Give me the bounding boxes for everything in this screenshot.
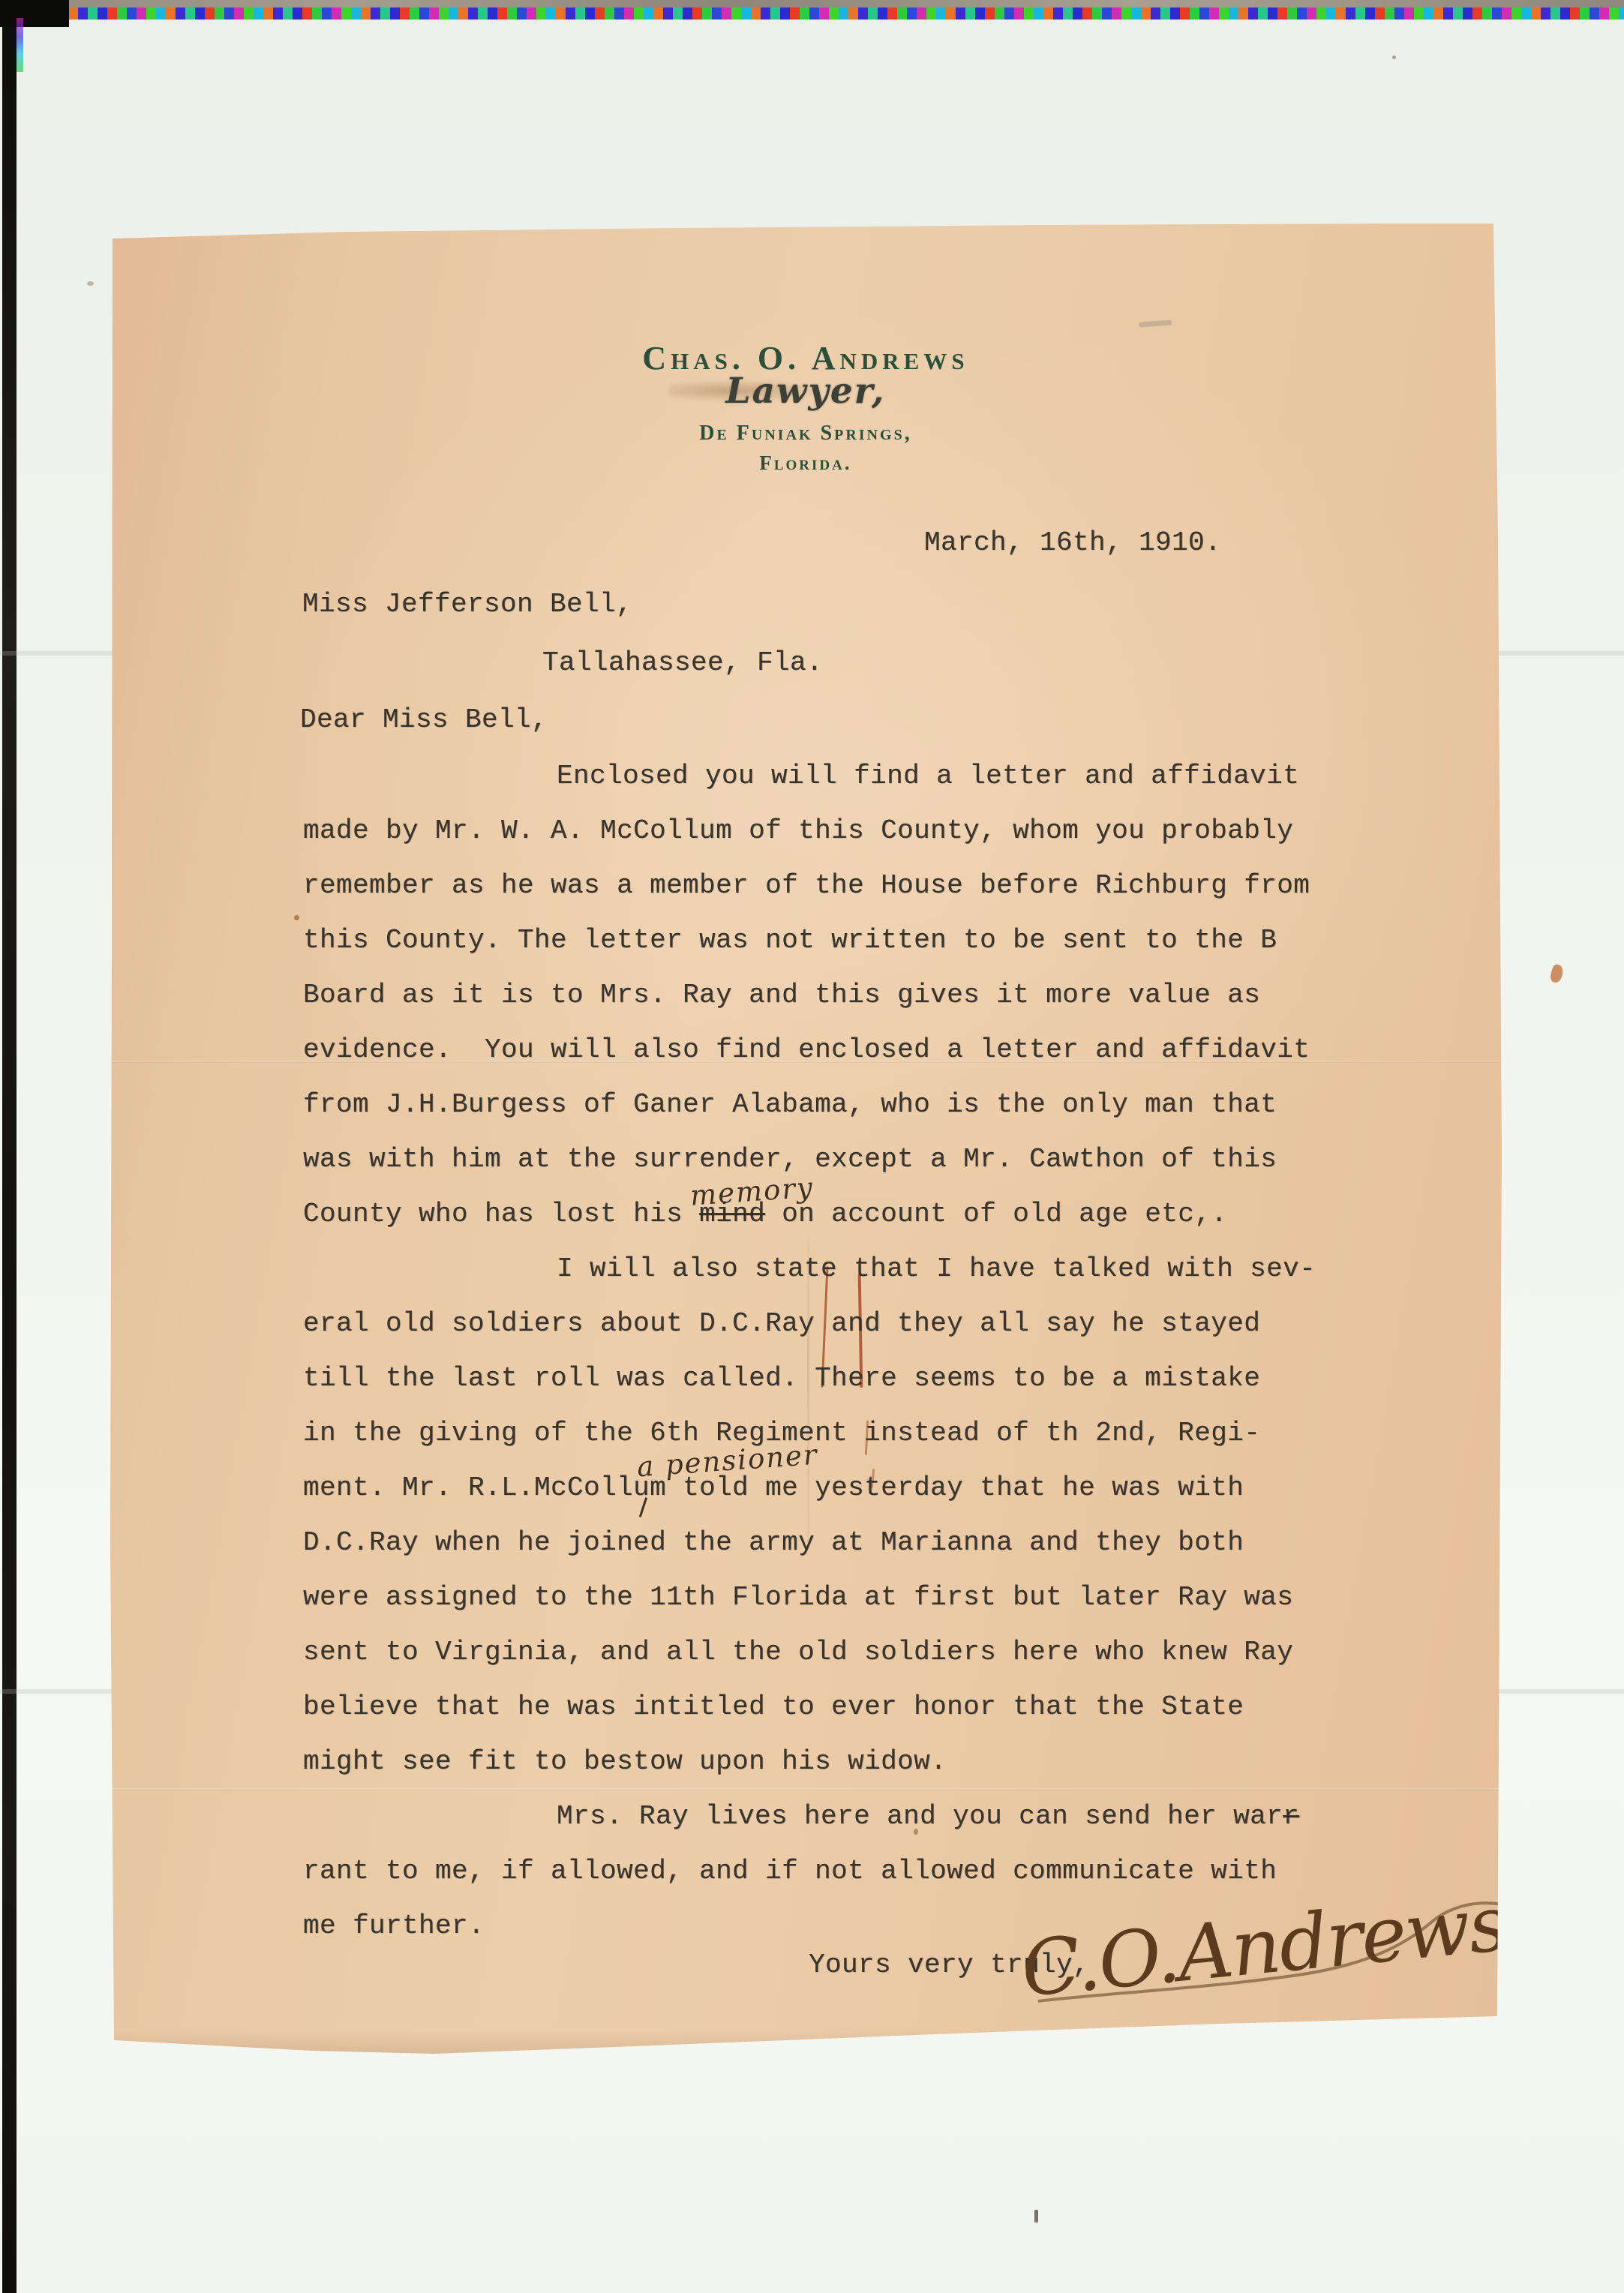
paper-bottom-shade <box>110 2030 1502 2055</box>
body-line: evidence. You will also find enclosed a … <box>303 1034 1310 1067</box>
scan-corner-black-block <box>0 0 69 27</box>
scanned-letter-page: Chas. O. Andrews Lawyer, De Funiak Sprin… <box>0 0 1624 2293</box>
body-line: might see fit to bestow upon his widow. <box>303 1745 947 1778</box>
body-line: eral old soldiers about D.C.Ray and they… <box>303 1307 1260 1340</box>
body-line: County who has lost his mind on account … <box>303 1198 1227 1231</box>
letter-paper: Chas. O. Andrews Lawyer, De Funiak Sprin… <box>110 222 1502 2055</box>
body-line: me further. <box>303 1910 485 1943</box>
body-line: were assigned to the 11th Florida at fir… <box>303 1581 1293 1614</box>
body-line: sent to Virginia, and all the old soldie… <box>303 1636 1293 1669</box>
body-line: Board as it is to Mrs. Ray and this give… <box>303 979 1260 1012</box>
body-line: was with him at the surrender, except a … <box>303 1143 1277 1176</box>
body-line: till the last roll was called. There see… <box>303 1362 1260 1395</box>
salutation: Dear Miss Bell, <box>300 704 548 737</box>
body-line: Mrs. Ray lives here and you can send her… <box>557 1800 1299 1833</box>
body-line: D.C.Ray when he joined the army at Maria… <box>303 1526 1244 1559</box>
dust-speck <box>1034 2210 1038 2222</box>
body-line: believe that he was intitled to ever hon… <box>303 1691 1244 1724</box>
body-line: I will also state that I have talked wit… <box>557 1253 1316 1286</box>
color-calibration-bar <box>0 8 1624 20</box>
body-line: from J.H.Burgess of Ganer Alabama, who i… <box>303 1088 1277 1121</box>
scan-edge-color-bleed <box>17 18 23 72</box>
struck-word: r <box>1283 1801 1299 1832</box>
body-line: Enclosed you will find a letter and affi… <box>557 760 1299 793</box>
scan-edge-black-bar <box>2 0 17 2293</box>
dust-speck <box>1392 56 1396 59</box>
recipient-name: Miss Jefferson Bell, <box>302 588 632 621</box>
recipient-city: Tallahassee, Fla. <box>542 647 823 680</box>
insertion-caret-icon <box>639 1497 647 1517</box>
dust-speck <box>87 281 94 286</box>
fold-crease <box>110 1788 1502 1790</box>
letterhead-title: Lawyer, <box>110 371 1502 412</box>
scanner-top-strip <box>0 0 1624 8</box>
letterhead-city: De Funiak Springs, <box>110 422 1502 446</box>
body-line: remember as he was a member of the House… <box>303 869 1310 902</box>
handwritten-annotation: memory <box>689 1171 815 1212</box>
body-line: made by Mr. W. A. McCollum of this Count… <box>303 815 1293 848</box>
letterhead-state: Florida. <box>110 452 1502 475</box>
pencil-smudge <box>1139 320 1172 327</box>
ink-speck <box>294 915 299 920</box>
paper-fleck <box>1549 964 1564 984</box>
date-line: March, 16th, 1910. <box>924 527 1221 560</box>
body-line: this County. The letter was not written … <box>303 924 1277 957</box>
body-line: ment. Mr. R.L.McCollum told me yesterday… <box>303 1472 1244 1505</box>
body-line: rant to me, if allowed, and if not allow… <box>303 1855 1277 1888</box>
